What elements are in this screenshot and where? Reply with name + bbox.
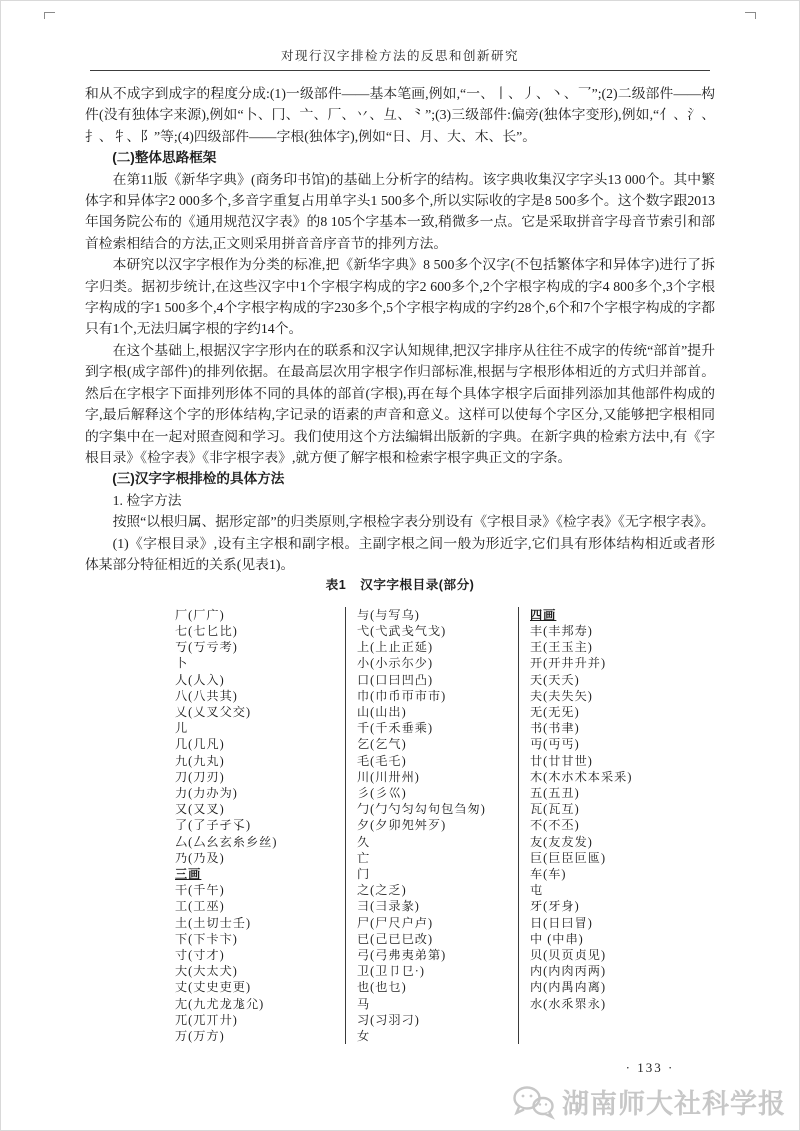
root-entry: 已(己已巳改)	[357, 931, 518, 947]
wechat-icon	[512, 1084, 556, 1120]
table-column-1: 厂(厂广)七(七匕比)丂(丂亏考)卜人(人入)八(八共其)乂(乂叉父交)儿几(几…	[85, 607, 345, 1044]
root-entry: 开(开井升并)	[530, 655, 690, 671]
root-entry: 瓦(瓦互)	[530, 801, 690, 817]
paragraph: 在第11版《新华字典》(商务印书馆)的基础上分析字的结构。该字典收集汉字字头13…	[85, 169, 715, 255]
root-entry: 工(工巫)	[175, 898, 345, 914]
root-entry: 寸(寸才)	[175, 947, 345, 963]
table-caption-label: 表1	[326, 578, 347, 592]
root-entry: 门	[357, 866, 518, 882]
section-heading-3: (三)汉字字根排检的具体方法	[85, 468, 715, 489]
root-entry: 弋(弋武戋气戈)	[357, 623, 518, 639]
watermark-text: 湖南师大社科学报	[562, 1082, 786, 1121]
running-head-title: 对现行汉字排检方法的反思和创新研究	[0, 46, 800, 64]
root-entry: 巨(巨臣叵匜)	[530, 850, 690, 866]
root-entry: 小(小示尓少)	[357, 655, 518, 671]
root-entry: 五(五丑)	[530, 785, 690, 801]
paragraph: 本研究以汉字字根作为分类的标准,把《新华字典》8 500多个汉字(不包括繁体字和…	[85, 254, 715, 340]
root-entry: 夕(夕卯夗舛歹)	[357, 817, 518, 833]
root-entry: 丰(丰邦寿)	[530, 623, 690, 639]
table-caption-title: 汉字字根目录(部分)	[360, 578, 474, 592]
root-entry: 彐(彐录彖)	[357, 898, 518, 914]
paragraph: 在这个基础上,根据汉字字形内在的联系和汉字认知规律,把汉字排序从往往不成字的传统…	[85, 340, 715, 468]
paragraph-continued: 和从不成字到成字的程度分成:(1)一级部件——基本笔画,例如,“一、丨、丿、丶、…	[85, 83, 715, 147]
root-entry: 厂(厂广)	[175, 607, 345, 623]
root-entry: 毛(毛乇)	[357, 753, 518, 769]
root-entry: 马	[357, 996, 518, 1012]
section-heading-2: (二)整体思路框架	[85, 147, 715, 168]
root-entry: 下(下卡卞)	[175, 931, 345, 947]
root-entry: 丈(丈史吏更)	[175, 979, 345, 995]
table-caption: 表1汉字字根目录(部分)	[85, 575, 715, 596]
root-entry: 弓(弓弗夷弟第)	[357, 947, 518, 963]
table-column-2: 与(与写乌)弋(弋武戋气戈)上(上止正延)小(小示尓少)口(口曰凹凸)巾(巾币帀…	[345, 607, 518, 1044]
root-entry: 人(人入)	[175, 672, 345, 688]
root-entry: 牙(牙身)	[530, 898, 690, 914]
root-entry: 山(山出)	[357, 704, 518, 720]
root-entry: 口(口曰凹凸)	[357, 672, 518, 688]
root-entry: 乂(乂叉父交)	[175, 704, 345, 720]
character-roots-table: 厂(厂广)七(七匕比)丂(丂亏考)卜人(人入)八(八共其)乂(乂叉父交)儿几(几…	[85, 607, 715, 1044]
root-entry: 亡	[357, 850, 518, 866]
root-entry: 也(也乜)	[357, 979, 518, 995]
root-entry: 无(无旡)	[530, 704, 690, 720]
journal-watermark: 湖南师大社科学报	[512, 1082, 786, 1121]
root-entry: 女	[357, 1028, 518, 1044]
article-body: 和从不成字到成字的程度分成:(1)一级部件——基本笔画,例如,“一、丨、丿、丶、…	[85, 83, 715, 1044]
stroke-count-header: 四画	[530, 607, 690, 623]
root-entry: 车(车)	[530, 866, 690, 882]
root-entry: 夫(夫失矢)	[530, 688, 690, 704]
root-entry: 习(习羽刁)	[357, 1012, 518, 1028]
root-entry: 厶(厶幺玄糸乡丝)	[175, 834, 345, 850]
root-entry: 乞(乞气)	[357, 736, 518, 752]
root-entry: 了(了子孑孓)	[175, 817, 345, 833]
root-entry: 水(水乑眔永)	[530, 996, 690, 1012]
root-entry: 乃(乃及)	[175, 850, 345, 866]
root-entry: 勹(勹勺匀勾句包刍匆)	[357, 801, 518, 817]
root-entry: 卫(卫卩㔾·)	[357, 963, 518, 979]
root-entry: 彡(彡巛)	[357, 785, 518, 801]
root-entry: 兀(兀丌廾)	[175, 1012, 345, 1028]
root-entry: 尸(尸尺户卢)	[357, 915, 518, 931]
root-entry: 卜	[175, 655, 345, 671]
root-entry: 土(土切士壬)	[175, 915, 345, 931]
root-entry: 久	[357, 834, 518, 850]
root-entry: 屯	[530, 882, 690, 898]
root-entry: 王(王玉主)	[530, 639, 690, 655]
paragraph: (1)《字根目录》,设有主字根和副字根。主副字根之间一般为形近字,它们具有形体结…	[85, 533, 715, 576]
root-entry: 尢(九尤龙尨尣)	[175, 996, 345, 1012]
root-entry: 贝(贝页贞见)	[530, 947, 690, 963]
stroke-count-header: 三画	[175, 866, 345, 882]
root-entry: 万(万方)	[175, 1028, 345, 1044]
root-entry: 八(八共其)	[175, 688, 345, 704]
root-entry: 丏(丏丐)	[530, 736, 690, 752]
root-entry: 日(日曰冒)	[530, 915, 690, 931]
root-entry: 九(九丸)	[175, 753, 345, 769]
table-column-3: 四画丰(丰邦寿)王(王玉主)开(开井升并)天(天夭)夫(夫失矢)无(无旡)书(书…	[518, 607, 690, 1044]
root-entry: 书(书聿)	[530, 720, 690, 736]
root-entry: 与(与写乌)	[357, 607, 518, 623]
root-entry: 刀(刀刃)	[175, 769, 345, 785]
root-entry: 巾(巾币帀市巿)	[357, 688, 518, 704]
root-entry: 中 (中串)	[530, 931, 690, 947]
root-entry: 廿(廿甘世)	[530, 753, 690, 769]
root-entry: 内(内禺禸离)	[530, 979, 690, 995]
root-entry: 不(不丕)	[530, 817, 690, 833]
root-entry: 又(又叉)	[175, 801, 345, 817]
root-entry: 儿	[175, 720, 345, 736]
root-entry: 几(几凡)	[175, 736, 345, 752]
root-entry: 千(千禾垂乘)	[357, 720, 518, 736]
paragraph: 按照“以根归属、据形定部”的归类原则,字根检字表分别设有《字根目录》《检字表》《…	[85, 511, 715, 532]
root-entry: 之(之乏)	[357, 882, 518, 898]
root-entry: 大(大太犬)	[175, 963, 345, 979]
page-number: · 133 ·	[570, 1060, 730, 1076]
root-entry: 内(内肉丙两)	[530, 963, 690, 979]
root-entry: 丂(丂亏考)	[175, 639, 345, 655]
crop-mark-top-right	[745, 12, 756, 19]
root-entry: 力(力办为)	[175, 785, 345, 801]
root-entry: 上(上止正延)	[357, 639, 518, 655]
root-entry: 木(木朩术本采釆)	[530, 769, 690, 785]
root-entry: 七(七匕比)	[175, 623, 345, 639]
crop-mark-top-left	[44, 12, 55, 19]
root-entry: 川(川卅州)	[357, 769, 518, 785]
subsection-heading: 1. 检字方法	[85, 490, 715, 511]
root-entry: 天(天夭)	[530, 672, 690, 688]
header-rule	[90, 70, 710, 71]
root-entry: 友(友犮发)	[530, 834, 690, 850]
root-entry: 干(千午)	[175, 882, 345, 898]
